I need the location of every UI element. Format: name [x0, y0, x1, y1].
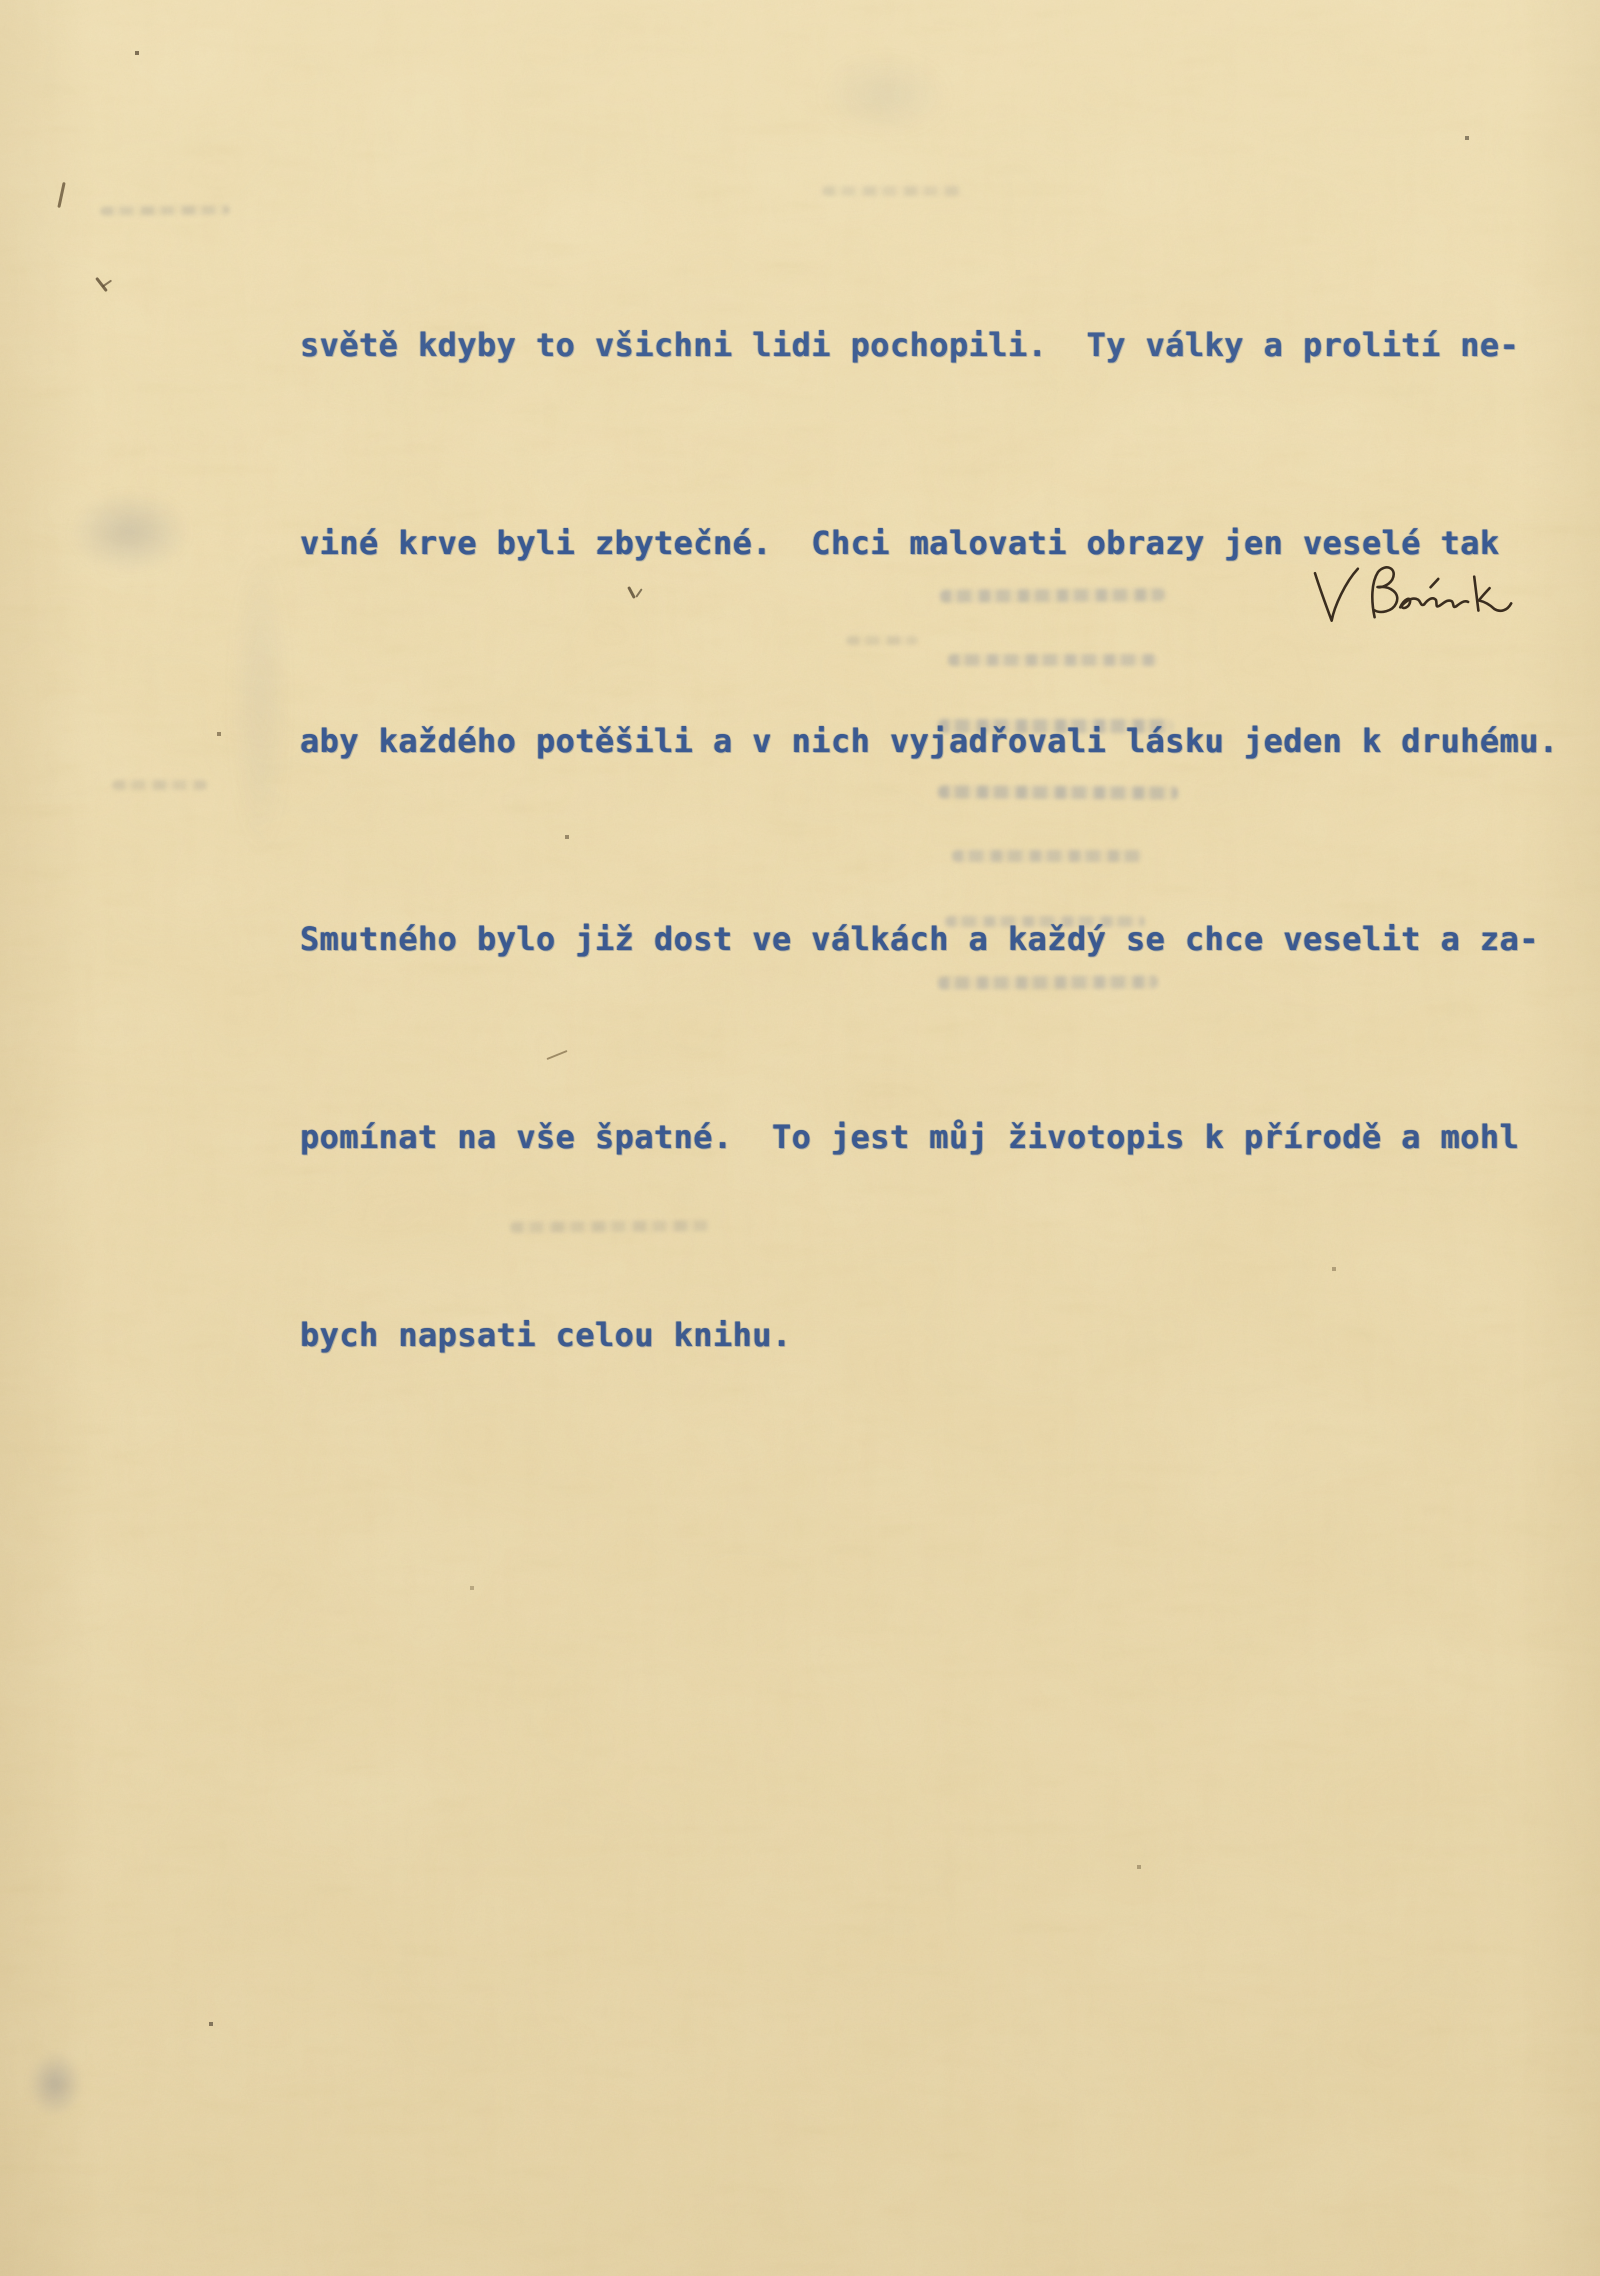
- typed-line: světě kdyby to všichni lidi pochopili. T…: [300, 312, 1580, 378]
- typed-line: pomínat na vše špatné. To jest můj život…: [300, 1104, 1580, 1170]
- signature-handwritten: [1300, 550, 1515, 649]
- typed-line: bych napsati celou knihu.: [300, 1302, 1580, 1368]
- typed-line: aby každého potěšili a v nich vyjadřoval…: [300, 708, 1580, 774]
- scanned-page: světě kdyby to všichni lidi pochopili. T…: [0, 0, 1600, 2276]
- typed-line: Smutného bylo již dost ve válkách a každ…: [300, 906, 1580, 972]
- typed-paragraph: světě kdyby to všichni lidi pochopili. T…: [300, 180, 1580, 1500]
